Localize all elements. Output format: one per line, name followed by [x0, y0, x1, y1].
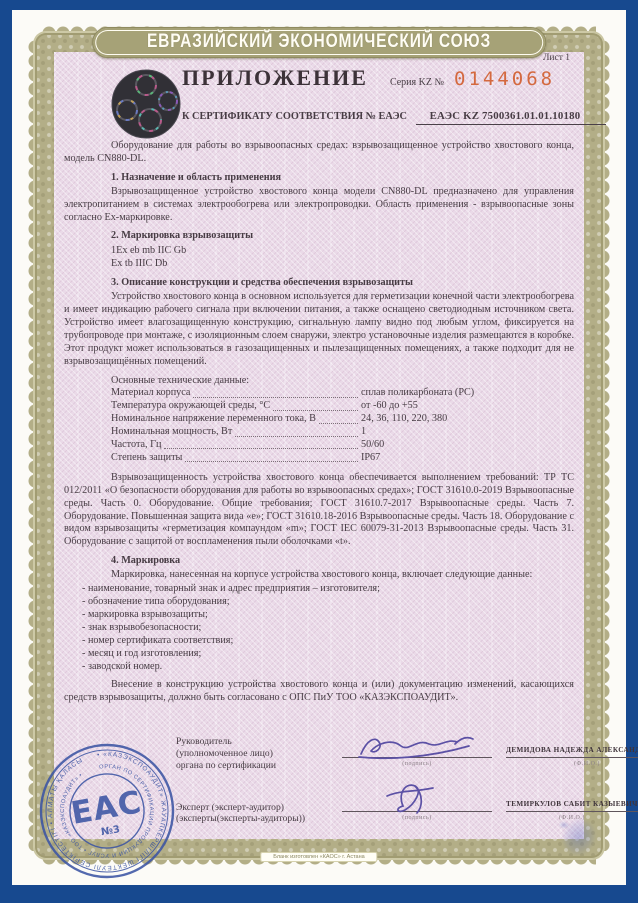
title-row: ПРИЛОЖЕНИЕ Серия KZ № 0144068 [182, 72, 574, 90]
compliance-paragraph: Взрывозащищенность устройства хвостового… [64, 472, 574, 549]
signature-ink-head [357, 730, 477, 760]
signature-field-expert: (подпись) [342, 780, 492, 825]
amendment-paragraph: Внесение в конструкцию устройства хвосто… [64, 679, 574, 705]
scallop-edge-right [603, 40, 611, 851]
hologram-seal-icon [110, 68, 182, 140]
list-item: - обозначение типа оборудования; [82, 596, 574, 609]
list-item: - заводской номер. [82, 661, 574, 674]
stamp-number: №3 [100, 824, 121, 838]
table-row: Номинальная мощность, Вт 1 [111, 426, 574, 439]
dotted-leader [164, 439, 358, 449]
ex-marking-line: 1Ex eb mb IIC Gb [111, 245, 574, 258]
marking-items: - наименование, товарный знак и адрес пр… [82, 583, 574, 673]
role-line: Руководитель [176, 736, 328, 748]
eac-certification-stamp: • «КАЗЭКСПОАУДИТ» ЖАУАПКЕРШІЛІГІ ШЕКТЕУЛ… [27, 731, 187, 891]
tech-value: 50/60 [361, 439, 574, 452]
dotted-leader [235, 426, 358, 436]
dotted-leader [273, 400, 358, 410]
signature-ink-expert [357, 780, 477, 814]
technical-data-heading: Основные технические данные: [111, 375, 574, 388]
stamp-eac-monogram: ЕАС [68, 784, 144, 832]
tech-label: Температура окружающей среды, °С [111, 400, 270, 413]
tech-value: сплав поликарбоната (PC) [361, 387, 574, 400]
dotted-leader [193, 387, 358, 397]
technical-data-table: Основные технические данные: Материал ко… [111, 375, 574, 465]
head-name: ДЕМИДОВА НАДЕЖДА АЛЕКСАНДРОВНА [506, 744, 638, 757]
appendix-title: ПРИЛОЖЕНИЕ [182, 72, 368, 85]
series-label: Серия KZ № [390, 77, 444, 90]
certificate-subtitle: К СЕРТИФИКАТУ СООТВЕТСТВИЯ № ЕАЭС [182, 111, 407, 122]
section2-heading: 2. Маркировка взрывозащиты [64, 230, 574, 243]
signature-row-head: Руководитель (уполномоченное лицо) орган… [176, 730, 574, 771]
signature-caption: (подпись) [342, 758, 492, 771]
list-item: - номер сертификата соответствия; [82, 635, 574, 648]
certificate-number: ЕАЭС KZ 7500361.01.01.10180 [416, 110, 607, 125]
tech-value: IP67 [361, 452, 574, 465]
section1-heading: 1. Назначение и область применения [64, 172, 574, 185]
role-head: Руководитель (уполномоченное лицо) орган… [176, 736, 328, 771]
table-row: Степень защиты IP67 [111, 452, 574, 465]
ink-smudge-small [557, 820, 571, 830]
subtitle-row: К СЕРТИФИКАТУ СООТВЕТСТВИЯ № ЕАЭС ЕАЭС K… [182, 110, 606, 125]
dotted-leader [185, 452, 358, 462]
series-number: 0144068 [454, 73, 555, 86]
role-line: органа по сертификации [176, 760, 328, 772]
tech-value: 1 [361, 426, 574, 439]
tech-value: 24, 36, 110, 220, 380 [361, 413, 574, 426]
table-row: Частота, Гц 50/60 [111, 439, 574, 452]
marking-intro: Маркировка, нанесенная на корпусе устрой… [64, 569, 574, 582]
eaeu-banner: ЕВРАЗИЙСКИЙ ЭКОНОМИЧЕСКИЙ СОЮЗ [92, 27, 546, 58]
guilloche-field: Лист 1 [54, 52, 584, 839]
name-caption: (Ф.И.О.) [506, 758, 638, 771]
blank-manufacturer-note: Бланк изготовлен «КАОС» г. Астана [260, 852, 377, 862]
tech-value: от -60 до +55 [361, 400, 574, 413]
role-line: Эксперт (эксперт-аудитор) [176, 802, 328, 814]
tech-label: Частота, Гц [111, 439, 161, 452]
name-field-head: ДЕМИДОВА НАДЕЖДА АЛЕКСАНДРОВНА (Ф.И.О.) [506, 744, 638, 771]
list-item: - месяц и год изготовления; [82, 648, 574, 661]
expert-name: ТЕМИРКУЛОВ САБИТ КАЗЫЕВИЧ [506, 798, 638, 811]
list-item: - маркировка взрывозащиты; [82, 609, 574, 622]
role-expert: Эксперт (эксперт-аудитор) (эксперты(эксп… [176, 802, 328, 825]
intro-paragraph: Оборудование для работы во взрывоопасных… [64, 140, 574, 166]
section4-heading: 4. Маркировка [64, 555, 574, 568]
table-row: Материал корпуса сплав поликарбоната (PC… [111, 387, 574, 400]
role-line: (эксперты(эксперты-аудиторы)) [176, 813, 328, 825]
document-header: Лист 1 [64, 52, 574, 140]
list-item: - наименование, товарный знак и адрес пр… [82, 583, 574, 596]
tech-label: Материал корпуса [111, 387, 190, 400]
eaeu-banner-label: ЕВРАЗИЙСКИЙ ЭКОНОМИЧЕСКИЙ СОЮЗ [147, 31, 491, 53]
list-item: - знак взрывобезопасности; [82, 622, 574, 635]
tech-label: Степень защиты [111, 452, 182, 465]
sheet-number: Лист 1 [543, 52, 570, 65]
table-row: Номинальное напряжение переменного тока,… [111, 413, 574, 426]
signature-caption: (подпись) [342, 812, 492, 825]
table-row: Температура окружающей среды, °С от -60 … [111, 400, 574, 413]
signature-row-expert: Эксперт (эксперт-аудитор) (эксперты(эксп… [176, 780, 574, 825]
section3-heading: 3. Описание конструкции и средства обесп… [64, 277, 574, 290]
ex-marking-lines: 1Ex eb mb IIC Gb Ex tb IIIC Db [111, 245, 574, 271]
document-content: Лист 1 [54, 52, 584, 839]
role-line: (уполномоченное лицо) [176, 748, 328, 760]
tech-label: Номинальная мощность, Вт [111, 426, 232, 439]
section3-text: Устройство хвостового конца в основном и… [64, 291, 574, 368]
signature-field-head: (подпись) [342, 730, 492, 771]
blue-outer-frame: ЕВРАЗИЙСКИЙ ЭКОНОМИЧЕСКИЙ СОЮЗ Лист 1 [0, 0, 638, 903]
section1-text: Взрывозащищенное устройство хвостового к… [64, 186, 574, 225]
dotted-leader [319, 413, 358, 423]
tech-label: Номинальное напряжение переменного тока,… [111, 413, 316, 426]
certificate-paper: ЕВРАЗИЙСКИЙ ЭКОНОМИЧЕСКИЙ СОЮЗ Лист 1 [12, 10, 626, 885]
ex-marking-line: Ex tb IIIC Db [111, 258, 574, 271]
